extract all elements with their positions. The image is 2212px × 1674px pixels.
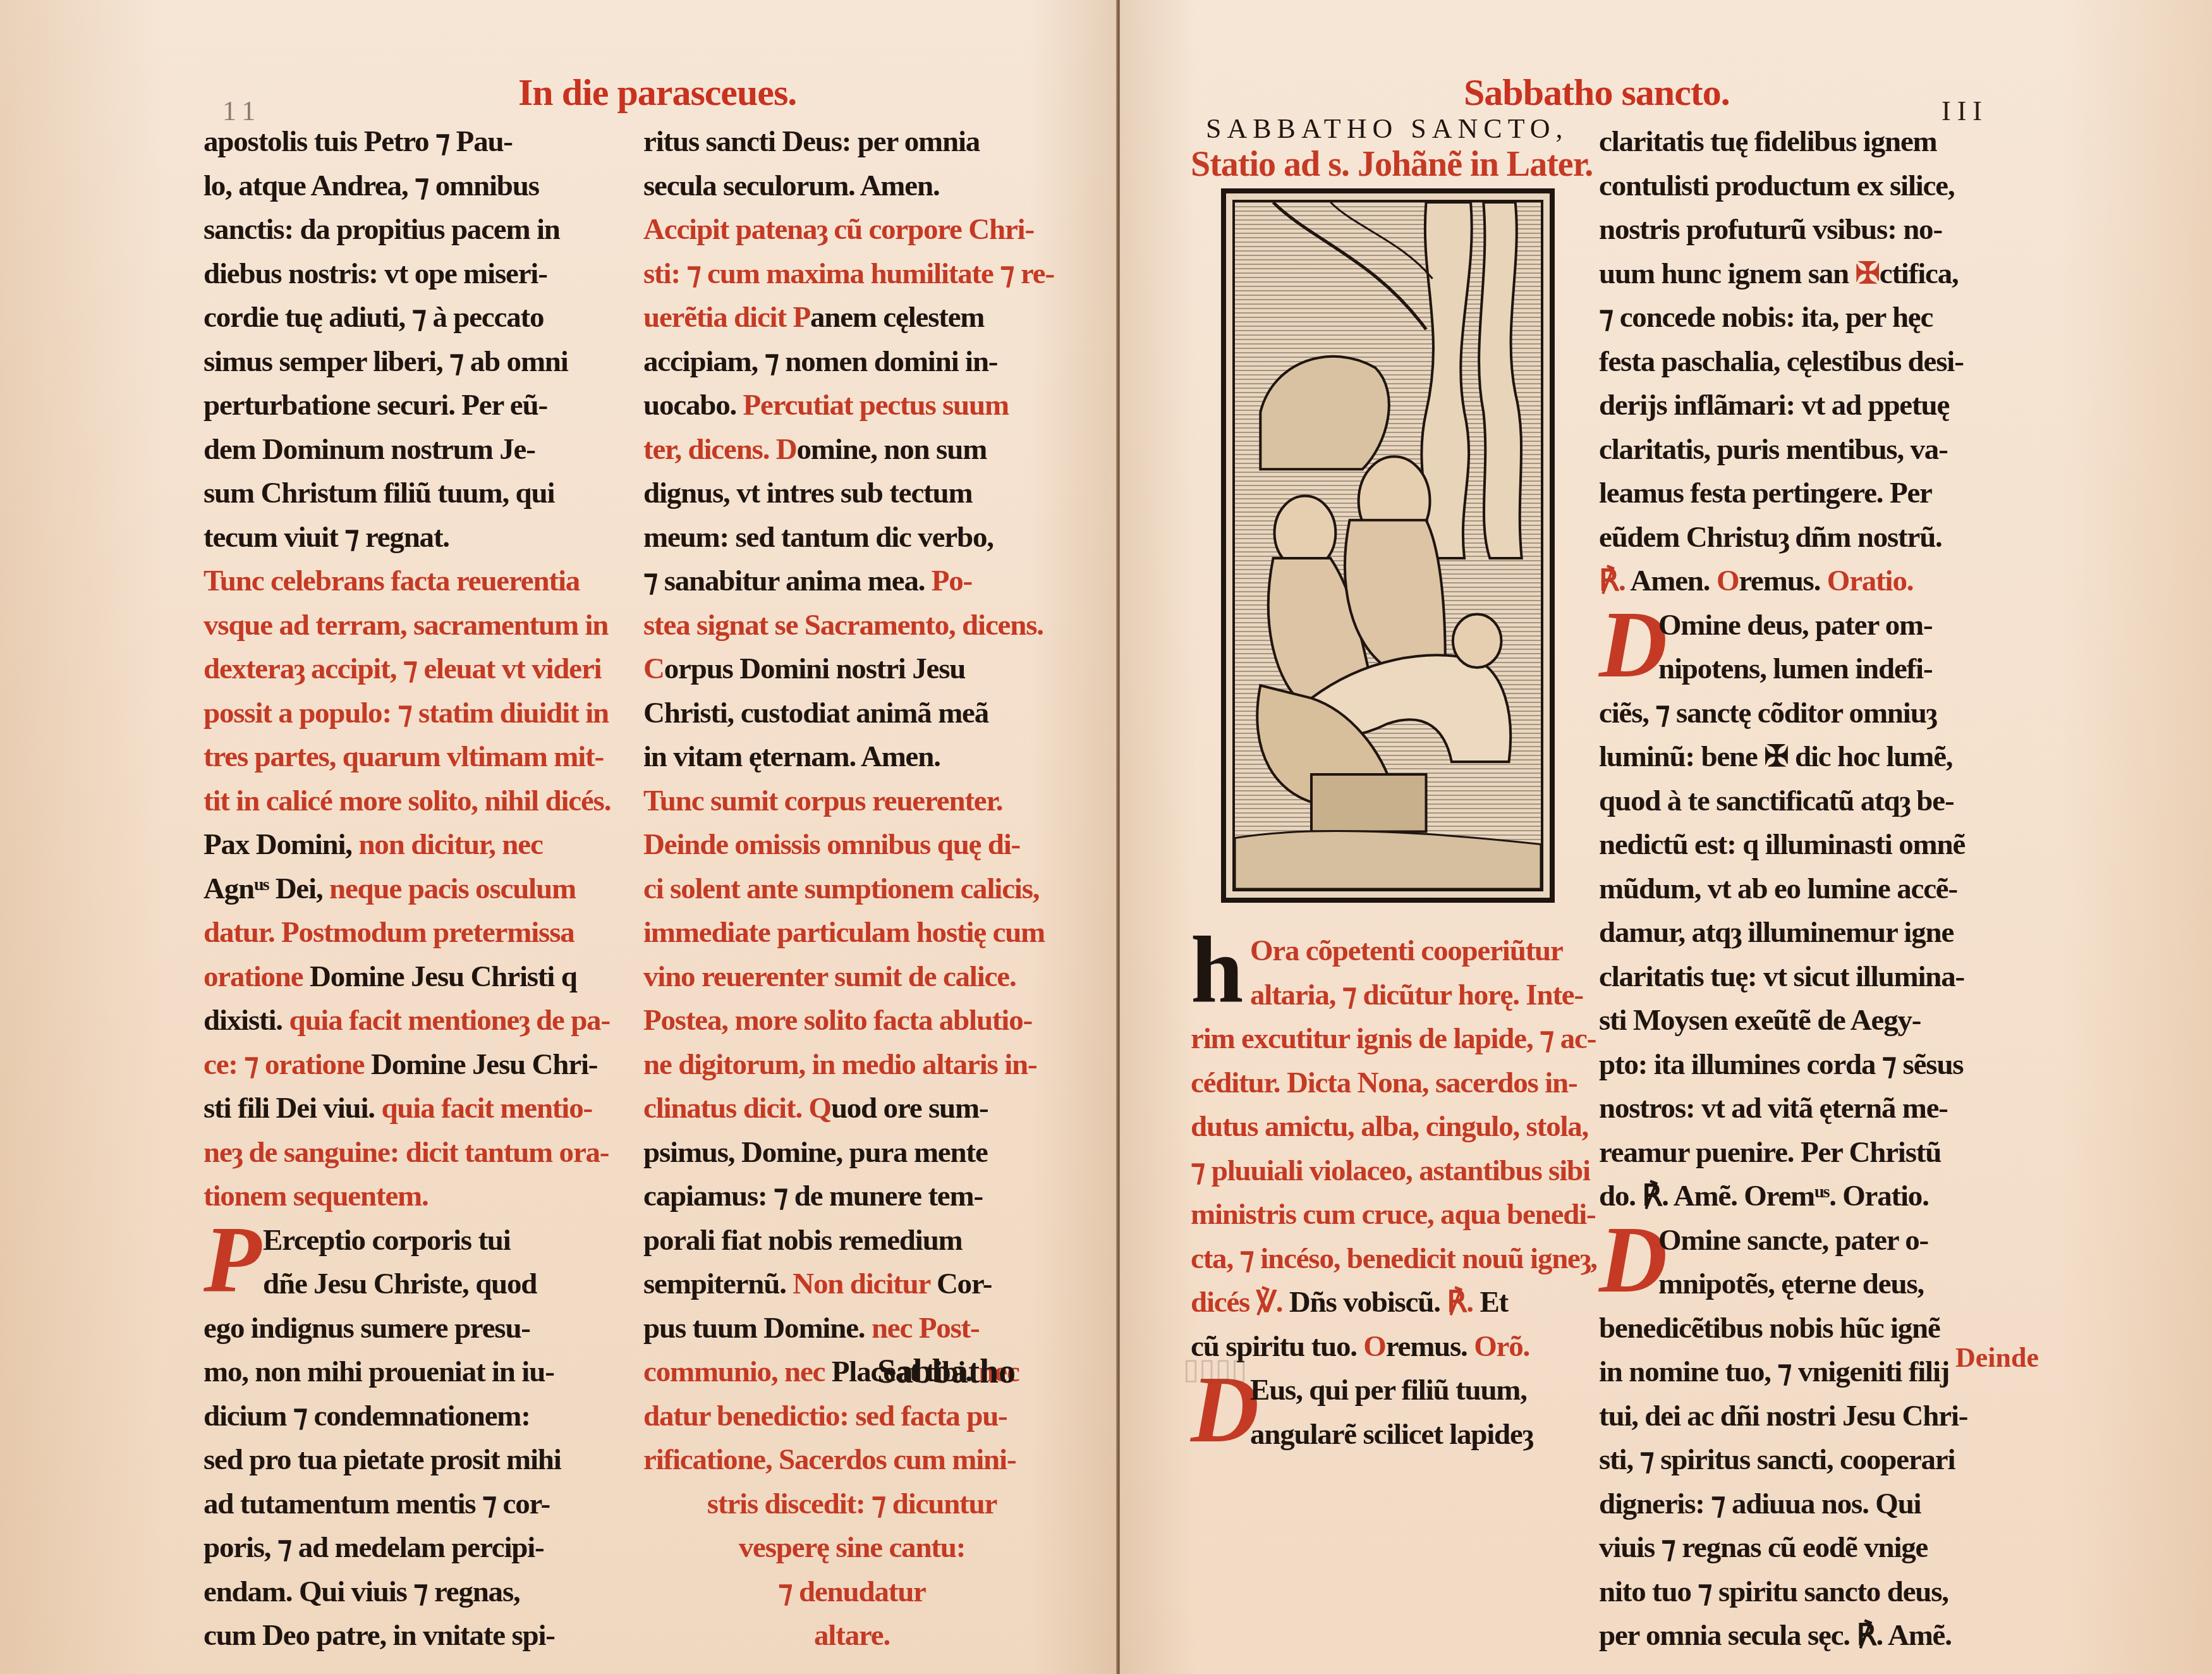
rubric-text: Non dicitur — [793, 1268, 937, 1300]
text-line: angularẽ scilicet lapideȝ — [1191, 1413, 1608, 1457]
body-text: dignus, vt intres sub tectum — [643, 477, 972, 510]
rubric-text: Percutiat pectus suum — [743, 389, 1009, 422]
body-text: sum Christum filiũ tuum, qui — [204, 477, 554, 510]
text-line: ritus sancti Deus: per omnia — [643, 120, 1060, 164]
text-line: apostolis tuis Petro ⁊ Pau- — [204, 120, 621, 164]
body-text: claritatis tuę fidelibus ignem — [1599, 125, 1937, 158]
text-line: nedictũ est: q illuminasti omnẽ — [1599, 823, 2003, 867]
rubric-text: Oratio. — [1827, 565, 1913, 597]
text-line: vsque ad terram, sacramentum in — [204, 604, 621, 648]
rubric-text: Deinde omissis omnibus quę di- — [643, 828, 1020, 861]
rubric-text: immediate particulam hostię cum — [643, 916, 1045, 949]
rubric-text: ce: ⁊ oratione — [204, 1048, 371, 1081]
text-line: claritatis tuę fidelibus ignem — [1599, 120, 2003, 164]
body-text: nostris profuturũ vsibus: no- — [1599, 213, 1942, 246]
text-line: sti fili Dei viui. quia facit mentio- — [204, 1087, 621, 1131]
text-line: dicium ⁊ condemnationem: — [204, 1395, 621, 1439]
rubric-text: non dicitur, nec — [358, 828, 542, 861]
text-line: ciẽs, ⁊ sanctę cõditor omniuȝ — [1599, 692, 2003, 736]
rubric-text: O — [1363, 1330, 1385, 1363]
station-heading: Statio ad s. Johãnẽ in Later. — [1191, 144, 1593, 185]
body-text: psimus, Domine, pura mente — [643, 1136, 988, 1169]
rubric-text: dexteraȝ accipit, ⁊ eleuat vt videri — [204, 652, 601, 685]
rubric-text: Postea, more solito facta ablutio- — [643, 1004, 1032, 1037]
text-line: Tunc sumit corpus reuerenter. — [643, 779, 1060, 824]
text-line: ce: ⁊ oratione Domine Jesu Chri- — [204, 1043, 621, 1087]
body-text: perturbatione securi. Per eũ- — [204, 389, 547, 422]
text-line: pto: ita illumines corda ⁊ sẽsus — [1599, 1043, 2003, 1087]
text-line: nito tuo ⁊ spiritu sancto deus, — [1599, 1570, 2003, 1615]
text-line: ad tutamentum mentis ⁊ cor- — [204, 1482, 621, 1527]
text-line: uerẽtia dicit Panem cęlestem — [643, 296, 1060, 340]
body-text: remus. — [1386, 1330, 1474, 1363]
text-line: rificatione, Sacerdos cum mini- — [643, 1438, 1060, 1482]
prayer-block: DEus, qui per filiũ tuum,angularẽ scilic… — [1191, 1369, 1608, 1457]
prayer-block: DOmine deus, pater om-nipotens, lumen in… — [1599, 604, 2003, 1219]
decorated-initial: D — [1599, 604, 1653, 686]
left-catchword: Sabbatho — [877, 1352, 1016, 1391]
body-text: sanctis: da propitius pacem in — [204, 213, 560, 246]
rubric-text: quia facit mentioneȝ de pa- — [289, 1004, 609, 1037]
body-text: ctifica, — [1880, 257, 1959, 290]
text-line: ministris cum cruce, aqua benedi- — [1191, 1193, 1608, 1237]
text-line: nipotens, lumen indefi- — [1599, 647, 2003, 692]
right-column-2: claritatis tuę fidelibus ignemcontulisti… — [1599, 120, 2003, 1658]
rubric-text: dutus amictu, alba, cingulo, stola, — [1191, 1110, 1588, 1143]
body-text: contulisti productum ex silice, — [1599, 169, 1955, 202]
text-line: eũdem Christuȝ dñm nostrũ. — [1599, 516, 2003, 560]
body-text: in vitam ęternam. Amen. — [643, 740, 940, 773]
body-text: cordie tuę adiuti, ⁊ à peccato — [204, 301, 544, 334]
rubric-text: ne digitorum, in medio altaris in- — [643, 1048, 1036, 1081]
text-line: in vitam ęternam. Amen. — [643, 735, 1060, 779]
text-line: dixisti. quia facit mentioneȝ de pa- — [204, 999, 621, 1043]
text-line: céditur. Dicta Nona, sacerdos in- — [1191, 1061, 1608, 1106]
text-line: dñe Jesu Christe, quod — [204, 1262, 621, 1307]
rubric-text: Ora cõpetenti cooperiũtur — [1250, 934, 1563, 967]
text-line: mo, non mihi proueniat in iu- — [204, 1350, 621, 1395]
text-line: ci solent ante sumptionem calicis, — [643, 867, 1060, 912]
body-text: meum: sed tantum dic verbo, — [643, 521, 994, 554]
text-line: sanctis: da propitius pacem in — [204, 208, 621, 252]
text-line: poris, ⁊ ad medelam percipi- — [204, 1526, 621, 1570]
right-column-1: hOra cõpetenti cooperiũturaltaria, ⁊ dic… — [1191, 929, 1608, 1457]
rubric-text: uerẽtia dicit — [643, 301, 793, 334]
text-line: sti: ⁊ cum maxima humilitate ⁊ re- — [643, 252, 1060, 296]
text-line: sti Moysen exeũtẽ de Aegy- — [1599, 999, 2003, 1043]
rubric-text: vino reuerenter sumit de calice. — [643, 960, 1016, 993]
text-line: festa paschalia, cęlestibus desi- — [1599, 340, 2003, 384]
text-line: in nomine tuo, ⁊ vnigeniti filij — [1599, 1350, 2003, 1395]
body-text: capiamus: ⁊ de munere tem- — [643, 1180, 983, 1213]
text-line: ⁊ concede nobis: ita, per hęc — [1599, 296, 2003, 340]
text-line: derijs inflãmari: vt ad ppetuę — [1599, 384, 2003, 428]
body-text: ⁊ concede nobis: ita, per hęc — [1599, 301, 1933, 334]
right-catchword: Deinde — [1955, 1341, 2039, 1374]
rubric-text: datur benedictio: sed facta pu- — [643, 1400, 1007, 1433]
text-line: dignus, vt intres sub tectum — [643, 472, 1060, 516]
rubric-text: neȝ de sanguine: dicit tantum ora- — [204, 1136, 609, 1169]
body-text: Agnᵘˢ Dei, — [204, 872, 329, 905]
text-line: ⁊ pluuiali violaceo, astantibus sibi — [1191, 1149, 1608, 1194]
text-line: uum hunc ignem san ✠ctifica, — [1599, 252, 2003, 296]
body-text: sempiternũ. — [643, 1268, 793, 1300]
text-line: Agnᵘˢ Dei, neque pacis osculum — [204, 867, 621, 912]
rubric-text: Po- — [932, 565, 972, 597]
body-text: sti fili Dei viui. — [204, 1092, 381, 1125]
rubric-text: possit a populo: ⁊ statim diuidit in — [204, 697, 609, 730]
text-line: reamur puenire. Per Christũ — [1599, 1131, 2003, 1175]
text-line: dem Dominum nostrum Je- — [204, 428, 621, 472]
woodcut-illustration — [1221, 188, 1555, 903]
text-line: mũdum, vt ab eo lumine accẽ- — [1599, 867, 2003, 912]
rubric-block: hOra cõpetenti cooperiũturaltaria, ⁊ dic… — [1191, 929, 1608, 1369]
text-line: Christi, custodiat animã meã — [643, 692, 1060, 736]
body-text: uocabo. — [643, 389, 743, 422]
rubric-text: ci solent ante sumptionem calicis, — [643, 872, 1039, 905]
text-line: tui, dei ac dñi nostri Jesu Chri- — [1599, 1395, 2003, 1439]
body-text: remus. — [1739, 565, 1827, 597]
body-text: Et — [1480, 1286, 1508, 1319]
left-column-2: ritus sancti Deus: per omniasecula secul… — [643, 120, 1060, 1658]
text-line: secula seculorum. Amen. — [643, 164, 1060, 209]
text-line: luminũ: bene ✠ dic hoc lumẽ, — [1599, 735, 2003, 779]
rubric-text: altaria, ⁊ dicũtur horę. Inte- — [1250, 979, 1583, 1011]
text-line: per omnia secula sęc. ℟. Amẽ. — [1599, 1614, 2003, 1658]
left-running-head: In die parasceues. — [518, 71, 796, 114]
text-line: uocabo. Percutiat pectus suum — [643, 384, 1060, 428]
text-line: diebus nostris: vt ope miseri- — [204, 252, 621, 296]
text-line: porali fiat nobis remedium — [643, 1219, 1060, 1263]
rubric-text: vsque ad terram, sacramentum in — [204, 609, 608, 642]
text-line: Erceptio corporis tui — [204, 1219, 621, 1263]
rubric-text: Tunc celebrans facta reuerentia — [204, 565, 580, 597]
text-line: perturbatione securi. Per eũ- — [204, 384, 621, 428]
rubric-text: ministris cum cruce, aqua benedi- — [1191, 1198, 1596, 1231]
text-line: oratione Domine Jesu Christi q — [204, 955, 621, 999]
text-line: sti, ⁊ spiritus sancti, cooperari — [1599, 1438, 2003, 1482]
text-line: tit in calicé more solito, nihil dicés. — [204, 779, 621, 824]
text-line: tecum viuit ⁊ regnat. — [204, 516, 621, 560]
body-text: porali fiat nobis remedium — [643, 1224, 963, 1257]
text-line: simus semper liberi, ⁊ ab omni — [204, 340, 621, 384]
text-line: ter, dicens. Domine, non sum — [643, 428, 1060, 472]
text-line: Tunc celebrans facta reuerentia — [204, 559, 621, 604]
text-line: endam. Qui viuis ⁊ regnas, — [204, 1570, 621, 1615]
body-text: uod ore sum- — [831, 1092, 988, 1125]
body-text: dem Dominum nostrum Je- — [204, 433, 535, 466]
text-line: capiamus: ⁊ de munere tem- — [643, 1175, 1060, 1219]
rubric-text: C — [643, 652, 664, 685]
text-line: vino reuerenter sumit de calice. — [643, 955, 1060, 999]
body-text: orpus Domini nostri Jesu — [664, 652, 966, 685]
text-line: neȝ de sanguine: dicit tantum ora- — [204, 1131, 621, 1175]
body-text: leamus festa pertingere. Per — [1599, 477, 1932, 510]
rubric-text: nec Post- — [872, 1312, 980, 1345]
right-running-head: Sabbatho sancto. — [1464, 71, 1730, 114]
text-line: sempiternũ. Non dicitur Cor- — [643, 1262, 1060, 1307]
rubric-text: ℟. — [1447, 1286, 1480, 1319]
body-text: tecum viuit ⁊ regnat. — [204, 521, 449, 554]
rubric-text: Accipit patenaȝ cũ corpore Chri- — [643, 213, 1034, 246]
body-text: Domine Jesu Christi q — [310, 960, 577, 993]
body-text: uum hunc ignem san — [1599, 257, 1856, 290]
rubric-text: sti: ⁊ cum maxima humilitate ⁊ re- — [643, 257, 1054, 290]
body-text: dixisti. — [204, 1004, 289, 1037]
text-line: psimus, Domine, pura mente — [643, 1131, 1060, 1175]
rubric-text: O — [1717, 565, 1739, 597]
text-line: meum: sed tantum dic verbo, — [643, 516, 1060, 560]
decorated-initial: D — [1599, 1219, 1653, 1301]
text-line: cta, ⁊ incéso, benedicit nouũ igneȝ, — [1191, 1237, 1608, 1281]
body-text: diebus nostris: vt ope miseri- — [204, 257, 547, 290]
rubric-text: dicés ℣. — [1191, 1286, 1289, 1319]
text-line: claritatis, puris mentibus, va- — [1599, 428, 2003, 472]
text-line: dicés ℣. Dñs vobiscũ. ℟. Et — [1191, 1281, 1608, 1325]
text-line: dutus amictu, alba, cingulo, stola, — [1191, 1105, 1608, 1149]
text-line: Pax Domini, non dicitur, nec — [204, 823, 621, 867]
body-text: Dñs vobiscũ. — [1289, 1286, 1447, 1319]
body-text: ritus sancti Deus: per omnia — [643, 125, 980, 158]
text-line: tres partes, quarum vltimam mit- — [204, 735, 621, 779]
rubric-text: céditur. Dicta Nona, sacerdos in- — [1191, 1066, 1577, 1099]
rubric-text: communio, nec — [643, 1355, 832, 1388]
text-line: leamus festa pertingere. Per — [1599, 472, 2003, 516]
prayer-block: DOmine sancte, pater o-mnipotẽs, ęterne … — [1599, 1219, 2003, 1658]
text-line: stris discedit: ⁊ dicuntur — [643, 1482, 1060, 1527]
text-line: ego indignus sumere presu- — [204, 1307, 621, 1351]
text-line: Accipit patenaȝ cũ corpore Chri- — [643, 208, 1060, 252]
body-text: simus semper liberi, ⁊ ab omni — [204, 345, 568, 378]
body-text: festa paschalia, cęlestibus desi- — [1599, 345, 1964, 378]
text-line: nostris profuturũ vsibus: no- — [1599, 208, 2003, 252]
body-text: accipiam, ⁊ nomen domini in- — [643, 345, 997, 378]
body-text: Domine Jesu Chri- — [371, 1048, 597, 1081]
text-line: stea signat se Sacramento, dicens. — [643, 604, 1060, 648]
rubric-text: quia facit mentio- — [381, 1092, 592, 1125]
text-line: vesperę sine cantu: — [643, 1526, 1060, 1570]
text-line: Eus, qui per filiũ tuum, — [1191, 1369, 1608, 1413]
rubric-text: P — [793, 301, 810, 334]
text-line: lo, atque Andrea, ⁊ omnibus — [204, 164, 621, 209]
body-text: omine, non sum — [797, 433, 987, 466]
text-line: tionem sequentem. — [204, 1175, 621, 1219]
text-line: dexteraȝ accipit, ⁊ eleuat vt videri — [204, 647, 621, 692]
text-line: viuis ⁊ regnas cũ eodẽ vnige — [1599, 1526, 2003, 1570]
text-line: claritatis tuę: vt sicut illumina- — [1599, 955, 2003, 999]
text-line: Omine sancte, pater o- — [1599, 1219, 2003, 1263]
text-line: ne digitorum, in medio altaris in- — [643, 1043, 1060, 1087]
decorated-initial: P — [204, 1219, 258, 1301]
text-line: benedicẽtibus nobis hũc ignẽ — [1599, 1307, 2003, 1351]
rubric-text: Q — [809, 1092, 831, 1125]
body-text: lo, atque Andrea, ⁊ omnibus — [204, 169, 539, 202]
text-line: quod à te sanctificatũ atqȝ be- — [1599, 779, 2003, 824]
text-line: datur benedictio: sed facta pu- — [643, 1395, 1060, 1439]
text-line: possit a populo: ⁊ statim diuidit in — [204, 692, 621, 736]
text-line: immediate particulam hostię cum — [643, 911, 1060, 955]
text-line: pus tuum Domine. nec Post- — [643, 1307, 1060, 1351]
rubric-text: rim excutitur ignis de lapide, ⁊ ac- — [1191, 1022, 1596, 1055]
text-line: nostros: vt ad vitã ęternã me- — [1599, 1087, 2003, 1131]
rubric-text: rificatione, Sacerdos cum mini- — [643, 1443, 1016, 1476]
text-line: cum Deo patre, in vnitate spi- — [204, 1614, 621, 1658]
rubric-text: Orõ. — [1474, 1330, 1529, 1363]
text-line: damur, atqȝ illuminemur igne — [1599, 911, 2003, 955]
text-line: Omine deus, pater om- — [1599, 604, 2003, 648]
left-column-1: apostolis tuis Petro ⁊ Pau-lo, atque And… — [204, 120, 621, 1658]
day-title-roman: SABBATHO SANCTO, — [1206, 113, 1569, 145]
text-line: datur. Postmodum pretermissa — [204, 911, 621, 955]
black-initial: h — [1191, 929, 1245, 1011]
text-line: contulisti productum ex silice, — [1599, 164, 2003, 209]
lamentation-scene-icon — [1235, 202, 1541, 889]
rubric-text: ⁊ pluuiali violaceo, astantibus sibi — [1191, 1154, 1590, 1187]
body-text: pus tuum Domine. — [643, 1312, 872, 1345]
rubric-text: stea signat se Sacramento, dicens. — [643, 609, 1043, 642]
text-line: altare. — [643, 1614, 1060, 1658]
rubric-text: ✠ — [1856, 257, 1880, 290]
text-line: sum Christum filiũ tuum, qui — [204, 472, 621, 516]
rubric-text: tres partes, quarum vltimam mit- — [204, 740, 604, 773]
rubric-text: cta, ⁊ incéso, benedicit nouũ igneȝ, — [1191, 1242, 1597, 1275]
rubric-text: Tunc sumit corpus reuerenter. — [643, 785, 1002, 817]
rubric-text: neque pacis osculum — [329, 872, 576, 905]
text-line: ⁊ sanabitur anima mea. Po- — [643, 559, 1060, 604]
text-line: Ora cõpetenti cooperiũtur — [1191, 929, 1608, 974]
body-text: eũdem Christuȝ dñm nostrũ. — [1599, 521, 1942, 554]
text-line: Corpus Domini nostri Jesu — [643, 647, 1060, 692]
text-line: Deinde omissis omnibus quę di- — [643, 823, 1060, 867]
body-text: Pax Domini, — [204, 828, 358, 861]
body-text: ⁊ sanabitur anima mea. — [643, 565, 932, 597]
body-text: Cor- — [937, 1268, 992, 1300]
text-line: altaria, ⁊ dicũtur horę. Inte- — [1191, 974, 1608, 1018]
text-line: rim excutitur ignis de lapide, ⁊ ac- — [1191, 1017, 1608, 1061]
text-line: Postea, more solito facta ablutio- — [643, 999, 1060, 1043]
body-text: derijs inflãmari: vt ad ppetuę — [1599, 389, 1949, 422]
body-text: claritatis, puris mentibus, va- — [1599, 433, 1948, 466]
text-line: cordie tuę adiuti, ⁊ à peccato — [204, 296, 621, 340]
rubric-text: D — [776, 433, 797, 466]
text-line: mnipotẽs, ęterne deus, — [1599, 1262, 2003, 1307]
left-page: 11 In die parasceues. apostolis tuis Pet… — [0, 0, 1117, 1674]
body-text: secula seculorum. Amen. — [643, 169, 939, 202]
body-text: anem cęlestem — [810, 301, 984, 334]
text-line: accipiam, ⁊ nomen domini in- — [643, 340, 1060, 384]
show-through-ink: ▯▯▯▯ — [1183, 1352, 1247, 1386]
book-spread: 11 In die parasceues. apostolis tuis Pet… — [0, 0, 2212, 1674]
body-text: apostolis tuis Petro ⁊ Pau- — [204, 125, 513, 158]
text-line: clinatus dicit. Quod ore sum- — [643, 1087, 1060, 1131]
woodcut-image — [1232, 200, 1543, 891]
prayer-block: PErceptio corporis tuidñe Jesu Christe, … — [204, 1219, 621, 1658]
rubric-text: clinatus dicit. — [643, 1092, 809, 1125]
body-text: Christi, custodiat animã meã — [643, 697, 988, 730]
text-line: ⁊ denudatur — [643, 1570, 1060, 1615]
rubric-text: ter, dicens. — [643, 433, 776, 466]
rubric-text: datur. Postmodum pretermissa — [204, 916, 574, 949]
text-line: digneris: ⁊ adiuua nos. Qui — [1599, 1482, 2003, 1527]
rubric-text: oratione — [204, 960, 310, 993]
text-line: sed pro tua pietate prosit mihi — [204, 1438, 621, 1482]
rubric-text: tit in calicé more solito, nihil dicés. — [204, 785, 611, 817]
